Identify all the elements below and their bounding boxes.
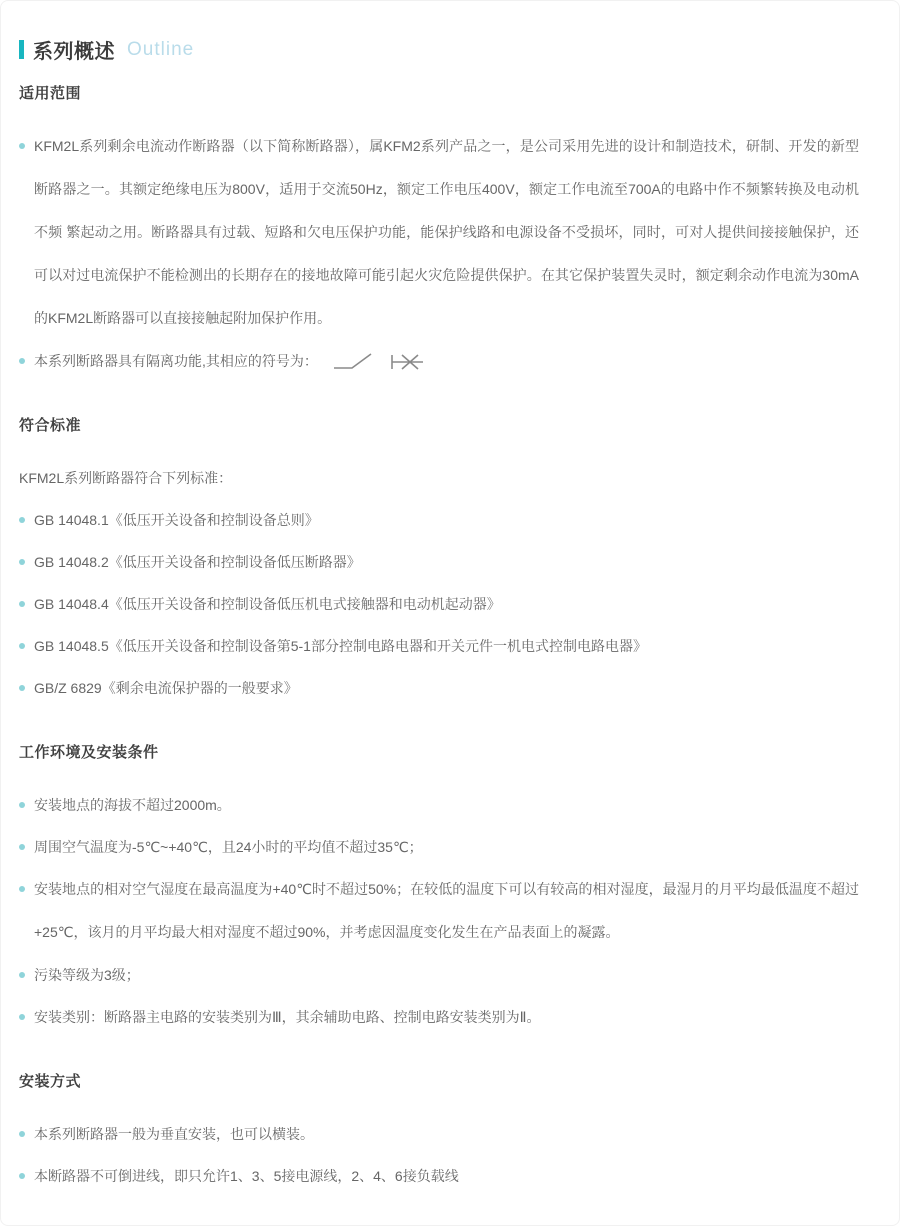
section-scope: 适用范围 KFM2L系列剩余电流动作断路器（以下简称断路器），属KFM2系列产品…	[19, 82, 869, 382]
list-item: 周围空气温度为-5℃~+40℃，且24小时的平均值不超过35℃；	[19, 826, 869, 868]
list-item: 安装地点的海拔不超过2000m。	[19, 784, 869, 826]
isolation-symbols	[332, 351, 426, 373]
list-item-text: 安装类别：断路器主电路的安装类别为Ⅲ，其余辅助电路、控制电路安装类别为Ⅱ。	[34, 1009, 541, 1025]
list-item-text: 安装地点的海拔不超过2000m。	[34, 797, 231, 813]
list-item: GB 14048.2《低压开关设备和控制设备低压断路器》	[19, 541, 869, 583]
list-item-text: GB 14048.5《低压开关设备和控制设备第5-1部分控制电路电器和开关元件一…	[34, 638, 647, 654]
list-item-text: GB 14048.4《低压开关设备和控制设备低压机电式接触器和电动机起动器》	[34, 596, 501, 612]
bullet-dot-icon	[19, 358, 25, 364]
bullet-dot-icon	[19, 517, 25, 523]
list-item: 安装类别：断路器主电路的安装类别为Ⅲ，其余辅助电路、控制电路安装类别为Ⅱ。	[19, 996, 869, 1038]
section-standards: 符合标准 KFM2L系列断路器符合下列标准： GB 14048.1《低压开关设备…	[19, 414, 869, 709]
list-item-text: GB/Z 6829《剩余电流保护器的一般要求》	[34, 680, 298, 696]
list-item-text: 本系列断路器一般为垂直安装，也可以横装。	[34, 1126, 314, 1142]
list-item: GB 14048.4《低压开关设备和控制设备低压机电式接触器和电动机起动器》	[19, 583, 869, 625]
list-item: 污染等级为3级；	[19, 954, 869, 996]
list-item: KFM2L系列剩余电流动作断路器（以下简称断路器），属KFM2系列产品之一，是公…	[19, 125, 869, 340]
list-item-text: 本系列断路器具有隔离功能,其相应的符号为：	[34, 353, 318, 369]
list-item-text: 污染等级为3级；	[34, 967, 140, 983]
list-item: 安装地点的相对空气湿度在最高温度为+40℃时不超过50%；在较低的温度下可以有较…	[19, 868, 869, 954]
list-item-text: GB 14048.2《低压开关设备和控制设备低压断路器》	[34, 554, 361, 570]
standards-intro: KFM2L系列断路器符合下列标准：	[19, 457, 869, 499]
list-item: GB 14048.1《低压开关设备和控制设备总则》	[19, 499, 869, 541]
section-heading: 适用范围	[19, 82, 869, 103]
list-item-text: KFM2L系列剩余电流动作断路器（以下简称断路器），属KFM2系列产品之一，是公…	[34, 138, 859, 326]
bullet-dot-icon	[19, 886, 25, 892]
isolator-contact-symbol-icon	[388, 351, 426, 373]
list-item: 本断路器不可倒进线，即只允许1、3、5接电源线，2、4、6接负载线	[19, 1155, 869, 1197]
list-item: GB/Z 6829《剩余电流保护器的一般要求》	[19, 667, 869, 709]
document-page: 系列概述 Outline 适用范围 KFM2L系列剩余电流动作断路器（以下简称断…	[0, 0, 900, 1226]
list-item-text: 安装地点的相对空气湿度在最高温度为+40℃时不超过50%；在较低的温度下可以有较…	[34, 881, 859, 940]
list-item-text: 本断路器不可倒进线，即只允许1、3、5接电源线，2、4、6接负载线	[34, 1168, 459, 1184]
title-accent-bar	[19, 40, 24, 59]
bullet-dot-icon	[19, 559, 25, 565]
list-item: GB 14048.5《低压开关设备和控制设备第5-1部分控制电路电器和开关元件一…	[19, 625, 869, 667]
bullet-dot-icon	[19, 972, 25, 978]
section-heading: 工作环境及安装条件	[19, 741, 869, 762]
list-item-text: 周围空气温度为-5℃~+40℃，且24小时的平均值不超过35℃；	[34, 839, 423, 855]
list-item-text: GB 14048.1《低压开关设备和控制设备总则》	[34, 512, 319, 528]
page-header: 系列概述 Outline	[19, 35, 869, 64]
bullet-dot-icon	[19, 643, 25, 649]
bullet-dot-icon	[19, 844, 25, 850]
section-environment: 工作环境及安装条件 安装地点的海拔不超过2000m。 周围空气温度为-5℃~+4…	[19, 741, 869, 1038]
bullet-dot-icon	[19, 1014, 25, 1020]
bullet-dot-icon	[19, 1131, 25, 1137]
section-heading: 符合标准	[19, 414, 869, 435]
bullet-dot-icon	[19, 802, 25, 808]
bullet-dot-icon	[19, 601, 25, 607]
bullet-dot-icon	[19, 685, 25, 691]
bullet-dot-icon	[19, 1173, 25, 1179]
bullet-dot-icon	[19, 143, 25, 149]
section-heading: 安装方式	[19, 1070, 869, 1091]
page-title: 系列概述	[33, 35, 115, 64]
list-item: 本系列断路器一般为垂直安装，也可以横装。	[19, 1113, 869, 1155]
switch-contact-symbol-icon	[332, 351, 374, 373]
section-installation: 安装方式 本系列断路器一般为垂直安装，也可以横装。 本断路器不可倒进线，即只允许…	[19, 1070, 869, 1197]
page-subtitle: Outline	[127, 39, 194, 61]
list-item: 本系列断路器具有隔离功能,其相应的符号为：	[19, 340, 869, 382]
